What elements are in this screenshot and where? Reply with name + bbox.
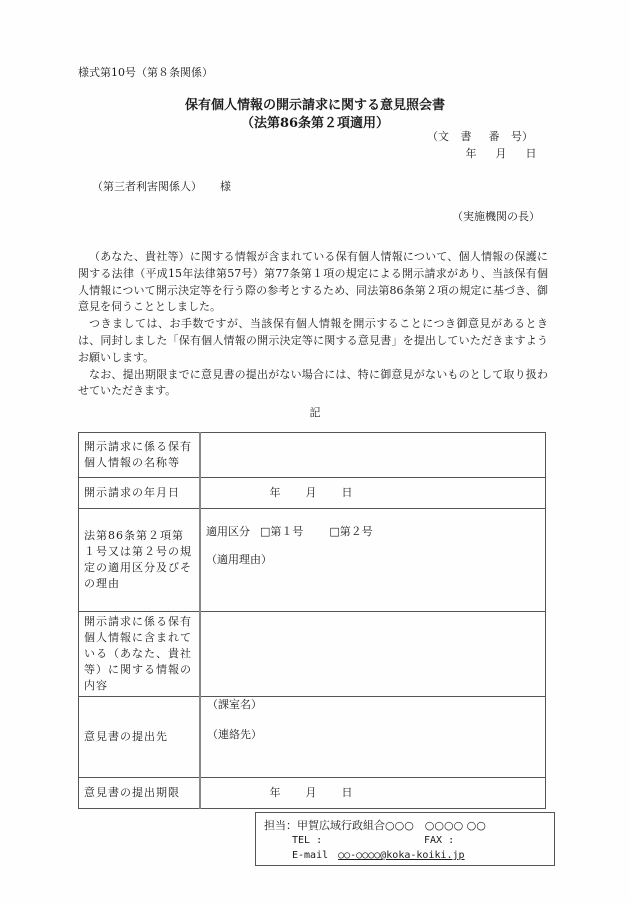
table-row: 開示請求の年月日 年月日 <box>79 478 546 509</box>
table-row: 開示請求に係る保有個人情報の名称等 <box>79 433 546 478</box>
body-paragraph: （あなた、貴社等）に関する情報が含まれている保有個人情報について、個人情報の保護… <box>78 249 548 316</box>
contact-box: 担当：甲賀広域行政組合○○○ ○○○○ ○○ TEL : FAX : E-mai… <box>255 812 555 866</box>
doc-number-part: 書 <box>452 128 480 144</box>
info-name-field[interactable] <box>200 433 546 478</box>
table-row: 意見書の提出期限 年月日 <box>79 778 546 809</box>
classification-label: 適用区分 <box>206 525 250 538</box>
month-label: 月 <box>293 485 329 501</box>
ki-heading: 記 <box>0 404 630 420</box>
option-1-checkbox[interactable]: □第１号 <box>260 525 303 538</box>
option-2-checkbox[interactable]: □第２号 <box>329 525 372 538</box>
day-label: 日 <box>516 145 546 161</box>
row-label: 開示請求に係る保有個人情報に含まれている（あなた、貴社等）に関する情報の内容 <box>79 612 201 697</box>
month-label: 月 <box>486 145 516 161</box>
doc-number-part: （文 <box>424 128 452 144</box>
info-content-field[interactable] <box>200 612 546 697</box>
table-row: 法第86条第２項第１号又は第２号の規定の適用区分及びその理由 適用区分□第１号□… <box>79 509 546 612</box>
classification-cell: 適用区分□第１号□第２号 （適用理由） <box>200 509 546 612</box>
row-label: 意見書の提出先 <box>79 697 201 778</box>
body-paragraph: なお、提出期限までに意見書の提出がない場合には、特に御意見がないものとして取り扱… <box>78 367 548 401</box>
body-paragraph: つきましては、お手数ですが、当該保有個人情報を開示することにつき御意見があるとき… <box>78 316 548 366</box>
form-number: 様式第10号（第８条関係） <box>78 64 213 80</box>
year-label: 年 <box>456 145 486 161</box>
reason-label: （適用理由） <box>206 552 540 568</box>
row-label: 法第86条第２項第１号又は第２号の規定の適用区分及びその理由 <box>79 509 201 612</box>
table-row: 意見書の提出先 （課室名） （連絡先） <box>79 697 546 778</box>
month-label: 月 <box>293 785 329 801</box>
row-label: 意見書の提出期限 <box>79 778 201 809</box>
day-label: 日 <box>329 785 365 801</box>
issuer: （実施機関の長） <box>452 208 540 224</box>
contact-person: 担当：甲賀広域行政組合○○○ ○○○○ ○○ <box>264 818 486 833</box>
document-title: 保有個人情報の開示請求に関する意見照会書 <box>0 94 630 113</box>
details-table: 開示請求に係る保有個人情報の名称等 開示請求の年月日 年月日 法第86条第２項第… <box>78 432 546 809</box>
document-date: 年月日 <box>456 145 546 161</box>
contact-label: （連絡先） <box>207 727 262 743</box>
dept-label: （課室名） <box>207 697 262 713</box>
year-label: 年 <box>257 485 293 501</box>
year-label: 年 <box>257 785 293 801</box>
email-label: E-mail <box>292 850 328 861</box>
document-number: （文書番号） <box>424 128 536 144</box>
body-text: （あなた、貴社等）に関する情報が含まれている保有個人情報について、個人情報の保護… <box>78 249 548 400</box>
addressee: （第三者利害関係人）様 <box>92 178 231 194</box>
doc-number-part: 番 <box>480 128 508 144</box>
addressee-name: （第三者利害関係人） <box>92 180 202 193</box>
deadline-date-field[interactable]: 年月日 <box>200 778 546 809</box>
submission-destination-field[interactable]: （課室名） （連絡先） <box>200 697 546 778</box>
tel-label: TEL : <box>292 833 322 848</box>
classification-row: 適用区分□第１号□第２号 <box>206 524 540 540</box>
request-date-field[interactable]: 年月日 <box>200 478 546 509</box>
doc-number-part: 号） <box>508 128 536 144</box>
table-row: 開示請求に係る保有個人情報に含まれている（あなた、貴社等）に関する情報の内容 <box>79 612 546 697</box>
row-label: 開示請求に係る保有個人情報の名称等 <box>79 433 201 478</box>
email-link[interactable]: ○○-○○○○@koka-koiki.jp <box>338 850 464 861</box>
row-label: 開示請求の年月日 <box>79 478 201 509</box>
addressee-honorific: 様 <box>220 180 231 193</box>
day-label: 日 <box>329 485 365 501</box>
fax-label: FAX : <box>424 833 454 848</box>
email-line: E-mail○○-○○○○@koka-koiki.jp <box>292 848 465 863</box>
